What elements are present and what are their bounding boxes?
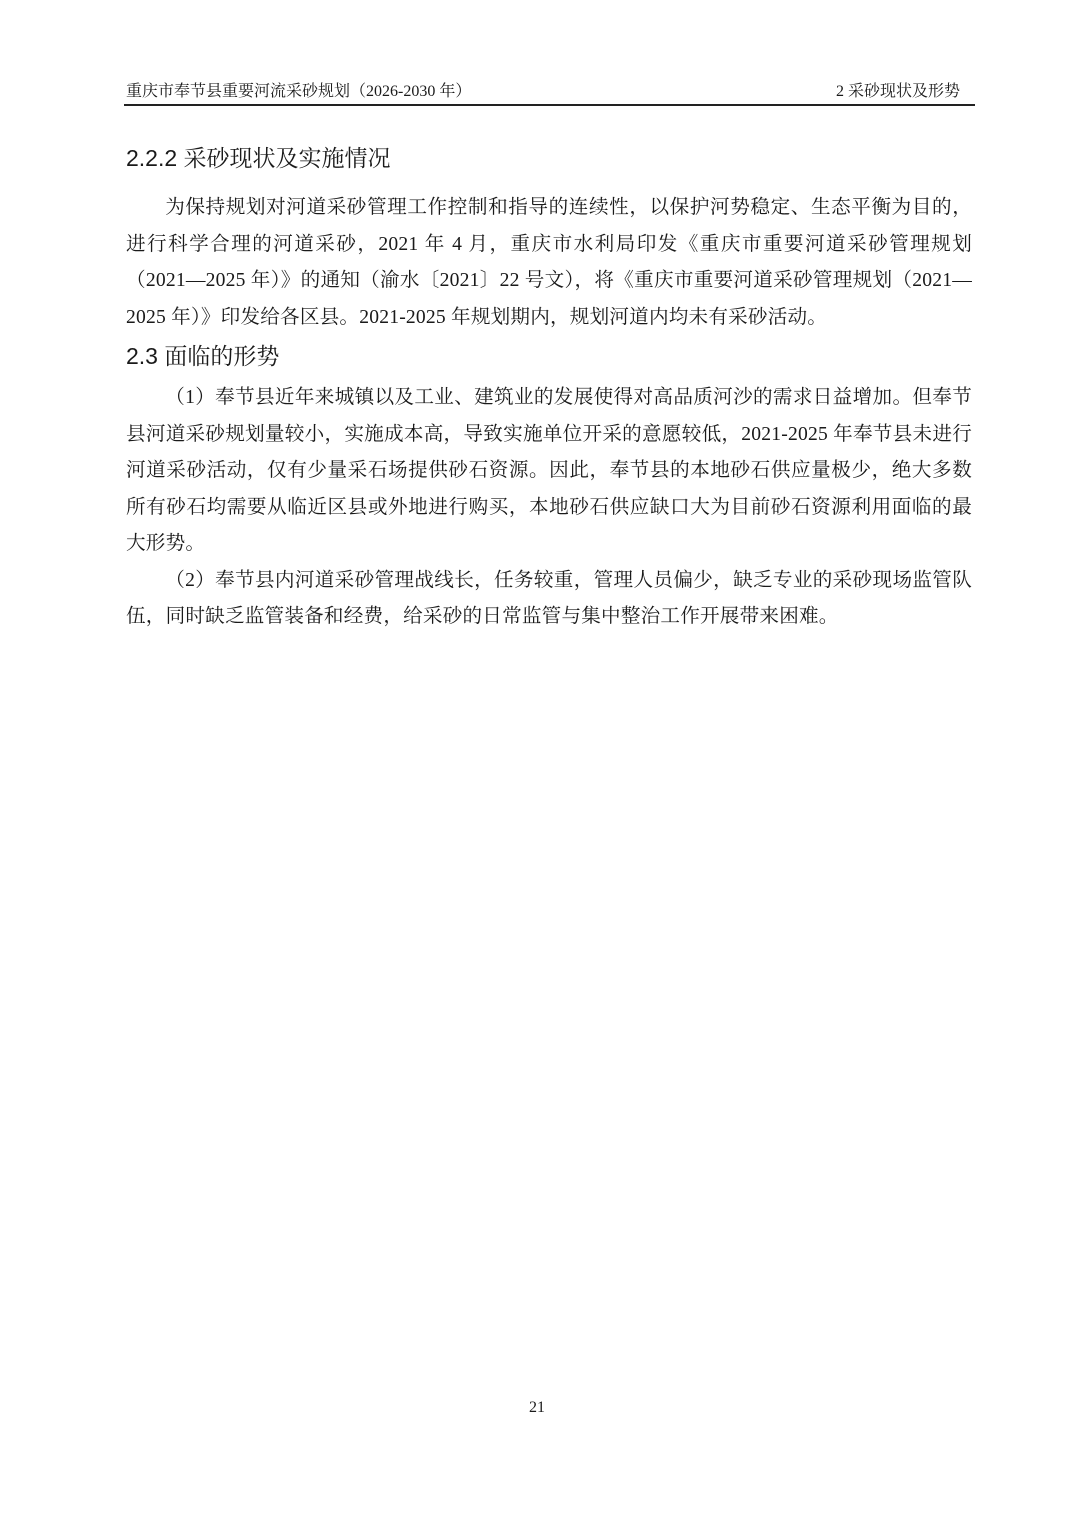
chapter-title: 2 采砂现状及形势 — [836, 82, 960, 102]
paragraph-situation-1: （1）奉节县近年来城镇以及工业、建筑业的发展使得对高品质河沙的需求日益增加。但奉… — [126, 380, 972, 563]
section-heading-2-3: 2.3 面临的形势 — [126, 336, 972, 376]
header-divider — [124, 104, 975, 106]
page-number: 21 — [0, 1399, 1074, 1417]
document-title: 重庆市奉节县重要河流采砂规划（2026-2030 年） — [126, 82, 471, 102]
section-heading-2-2-2: 2.2.2 采砂现状及实施情况 — [126, 138, 972, 178]
paragraph-mining-status: 为保持规划对河道采砂管理工作控制和指导的连续性，以保护河势稳定、生态平衡为目的，… — [126, 190, 972, 336]
page-header: 重庆市奉节县重要河流采砂规划（2026-2030 年） 2 采砂现状及形势 — [126, 80, 974, 106]
paragraph-situation-2: （2）奉节县内河道采砂管理战线长，任务较重，管理人员偏少，缺乏专业的采砂现场监管… — [126, 563, 972, 636]
page-body: 2.2.2 采砂现状及实施情况 为保持规划对河道采砂管理工作控制和指导的连续性，… — [126, 138, 972, 636]
